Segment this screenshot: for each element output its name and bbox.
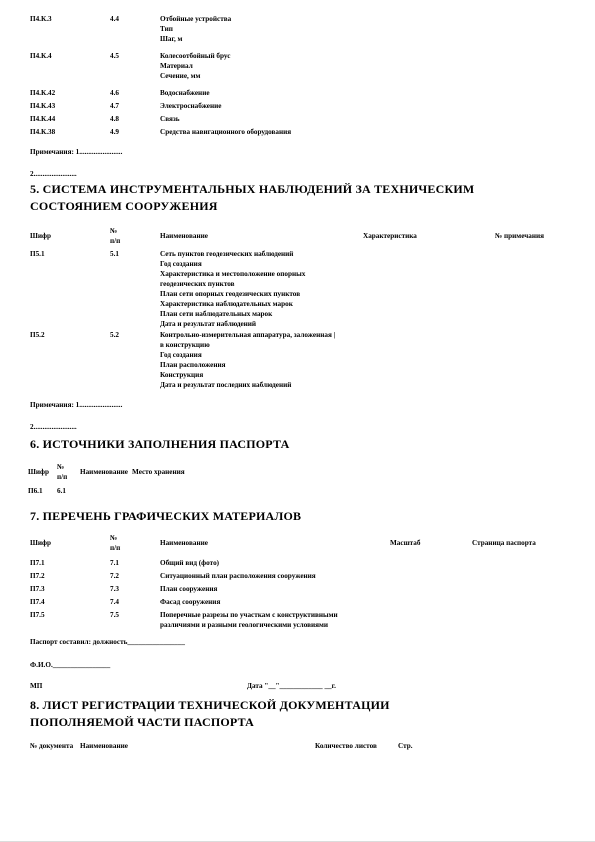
row-num: 7.4: [110, 597, 160, 607]
header-num: № п/п: [57, 462, 80, 482]
row-num: 4.9: [110, 127, 160, 137]
table-row: П4.К.4 4.5 Колесоотбойный брус Материал …: [30, 51, 570, 81]
table-row: П4.К.44 4.8 Связь: [30, 114, 570, 124]
header-code: Шифр: [28, 467, 57, 477]
row-name: Поперечные разрезы по участкам с констру…: [160, 610, 390, 630]
row-code: П4.К.43: [30, 101, 110, 111]
row-name: Водоснабжение: [160, 88, 450, 98]
header-doc-num: № документа: [30, 741, 80, 751]
header-name: Наименование: [160, 538, 390, 548]
header-name: Наименование: [80, 741, 315, 751]
row-code: П7.4: [30, 597, 110, 607]
row-code: П4.К.4: [30, 51, 110, 61]
table-row: П5.2 5.2 Контрольно-измерительная аппара…: [30, 330, 595, 390]
header-page: Страница паспорта: [472, 538, 582, 548]
row-code: П4.К.44: [30, 114, 110, 124]
header-note: № примечания: [495, 231, 595, 241]
row-code: П5.2: [30, 330, 110, 340]
row-num: 7.2: [110, 571, 160, 581]
header-characteristic: Характеристика: [363, 231, 495, 241]
row-name: Связь: [160, 114, 450, 124]
header-num: № п/п: [110, 226, 160, 246]
section7-table-body: П7.1 7.1 Общий вид (фото) П7.2 7.2 Ситуа…: [30, 558, 595, 633]
row-num: 4.4: [110, 14, 160, 24]
row-num: 7.5: [110, 610, 160, 620]
row-code: П7.5: [30, 610, 110, 620]
row-num: 7.1: [110, 558, 160, 568]
document-page: П4.К.3 4.4 Отбойные устройства Тип Шаг, …: [0, 0, 595, 842]
notes-line-2: 2........................: [30, 169, 77, 179]
row-num: 7.3: [110, 584, 160, 594]
section6-title: 6. ИСТОЧНИКИ ЗАПОЛНЕНИЯ ПАСПОРТА: [30, 436, 570, 453]
table-row: П4.К.3 4.4 Отбойные устройства Тип Шаг, …: [30, 14, 570, 44]
table-row: П4.К.42 4.6 Водоснабжение: [30, 88, 570, 98]
header-code: Шифр: [30, 231, 110, 241]
table-row: П7.4 7.4 Фасад сооружения: [30, 597, 595, 607]
row-num: 6.1: [57, 486, 80, 496]
header-num: № п/п: [110, 533, 160, 553]
table-row: П7.1 7.1 Общий вид (фото): [30, 558, 595, 568]
table-row: П4.К.38 4.9 Средства навигационного обор…: [30, 127, 570, 137]
row-num: 4.6: [110, 88, 160, 98]
table-row: П6.1 6.1: [28, 486, 428, 496]
header-page: Стр.: [398, 741, 595, 751]
row-code: П7.1: [30, 558, 110, 568]
row-name: Ситуационный план расположения сооружени…: [160, 571, 390, 581]
row-name: Сеть пунктов геодезических наблюдений Го…: [160, 249, 363, 329]
table-row: П7.2 7.2 Ситуационный план расположения …: [30, 571, 595, 581]
row-code: П4.К.38: [30, 127, 110, 137]
section7-table-header: Шифр № п/п Наименование Масштаб Страница…: [30, 533, 595, 553]
row-name: Контрольно-измерительная аппаратура, зал…: [160, 330, 363, 390]
notes-line-2: 2........................: [30, 422, 77, 432]
table-row: П4.К.43 4.7 Электроснабжение: [30, 101, 570, 111]
stamp-label: МП: [30, 681, 42, 691]
section5-table-body: П5.1 5.1 Сеть пунктов геодезических набл…: [30, 249, 595, 390]
date-line: Дата "__"____________ __г.: [247, 681, 336, 691]
row-code: П7.2: [30, 571, 110, 581]
row-num: 4.8: [110, 114, 160, 124]
notes-line-1: Примечания: 1........................: [30, 400, 122, 410]
row-code: П7.3: [30, 584, 110, 594]
header-scale: Масштаб: [390, 538, 472, 548]
table-row: П7.5 7.5 Поперечные разрезы по участкам …: [30, 610, 595, 630]
row-code: П4.К.3: [30, 14, 110, 24]
row-name: Электроснабжение: [160, 101, 450, 111]
row-name: Колесоотбойный брус Материал Сечение, мм: [160, 51, 450, 81]
fio-line: Ф.И.О.________________: [30, 660, 110, 670]
section8-title: 8. ЛИСТ РЕГИСТРАЦИИ ТЕХНИЧЕСКОЙ ДОКУМЕНТ…: [30, 697, 570, 731]
section5-table-header: Шифр № п/п Наименование Характеристика №…: [30, 226, 595, 246]
table-row: П7.3 7.3 План сооружения: [30, 584, 595, 594]
row-num: 4.7: [110, 101, 160, 111]
section7-title: 7. ПЕРЕЧЕНЬ ГРАФИЧЕСКИХ МАТЕРИАЛОВ: [30, 508, 570, 525]
header-code: Шифр: [30, 538, 110, 548]
compiled-by-line: Паспорт составил: должность_____________…: [30, 637, 185, 647]
row-code: П6.1: [28, 486, 57, 496]
section8-table-header: № документа Наименование Количество лист…: [30, 741, 595, 751]
row-name: План сооружения: [160, 584, 390, 594]
row-num: 5.2: [110, 330, 160, 340]
row-name: Общий вид (фото): [160, 558, 390, 568]
row-name: Отбойные устройства Тип Шаг, м: [160, 14, 450, 44]
section6-table-header: Шифр № п/п Наименование Место хранения: [28, 462, 428, 482]
table-row: П5.1 5.1 Сеть пунктов геодезических набл…: [30, 249, 595, 329]
notes-line-1: Примечания: 1........................: [30, 147, 122, 157]
section5-title: 5. СИСТЕМА ИНСТРУМЕНТАЛЬНЫХ НАБЛЮДЕНИЙ З…: [30, 181, 570, 215]
row-name: Средства навигационного оборудования: [160, 127, 450, 137]
header-name: Наименование: [160, 231, 363, 241]
row-code: П5.1: [30, 249, 110, 259]
row-name: Фасад сооружения: [160, 597, 390, 607]
row-code: П4.К.42: [30, 88, 110, 98]
header-sheets: Количество листов: [315, 741, 398, 751]
header-storage: Место хранения: [132, 467, 428, 477]
section4-equipment-table: П4.К.3 4.4 Отбойные устройства Тип Шаг, …: [30, 14, 570, 140]
row-num: 4.5: [110, 51, 160, 61]
header-name: Наименование: [80, 467, 132, 477]
row-num: 5.1: [110, 249, 160, 259]
